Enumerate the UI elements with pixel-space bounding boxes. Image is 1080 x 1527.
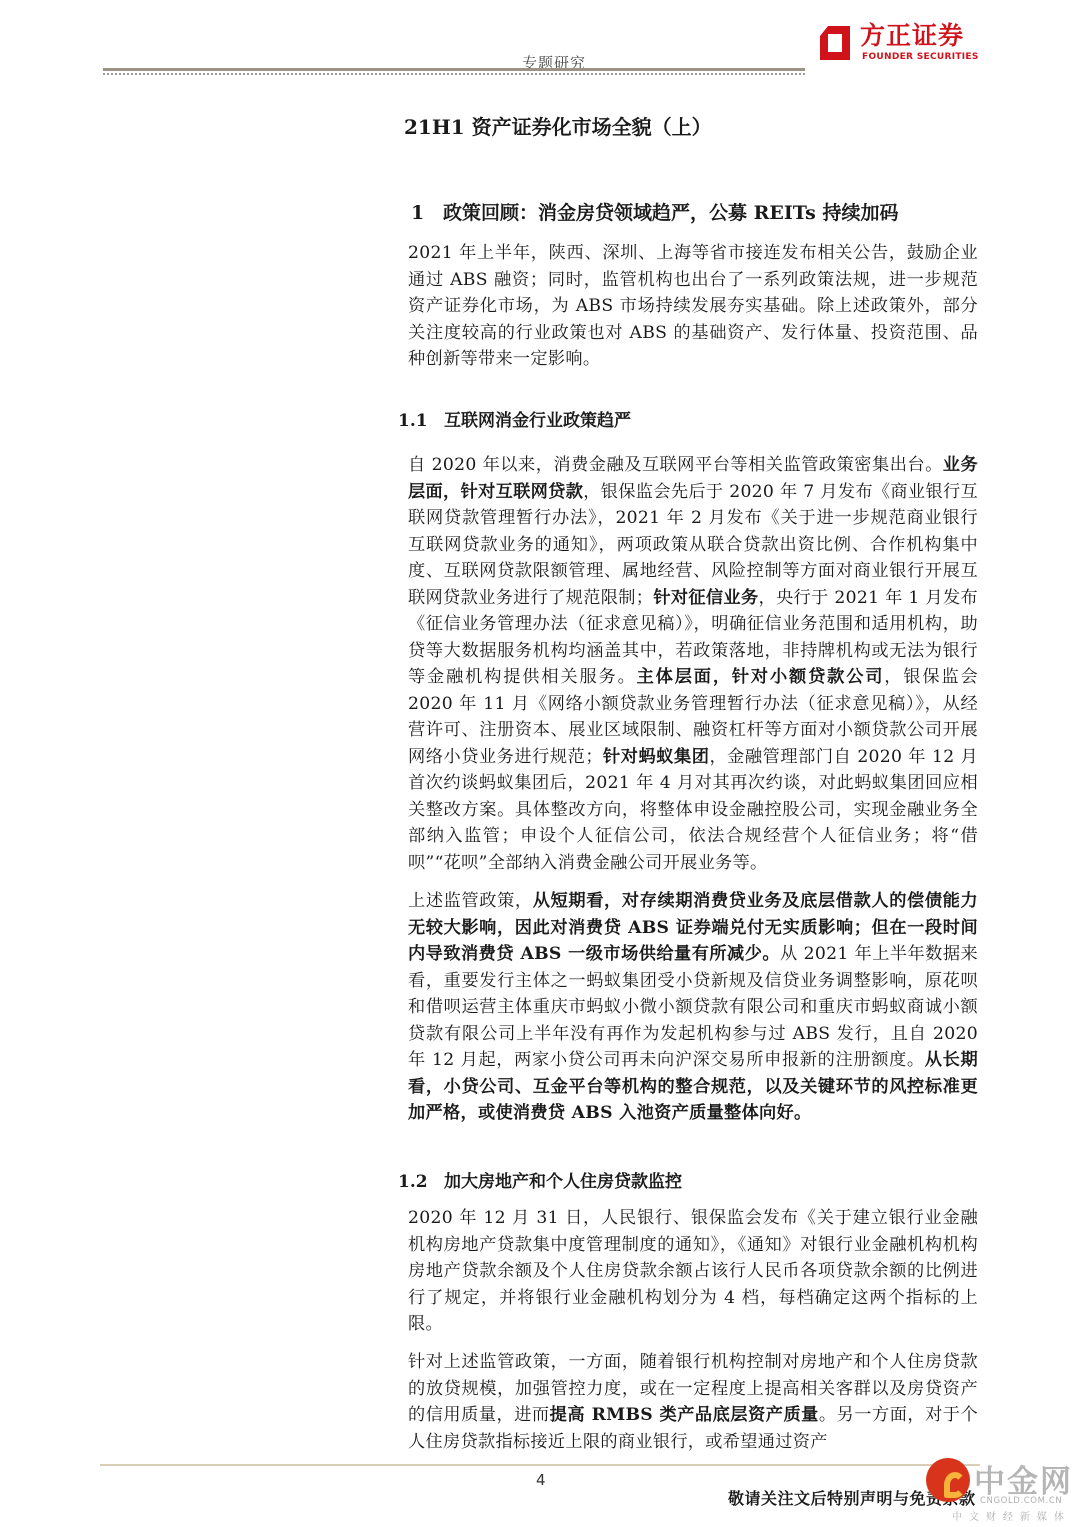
section-number: 1.2 [398, 1172, 444, 1192]
section-title: 加大房地产和个人住房贷款监控 [444, 1172, 682, 1192]
section-number: 1.1 [398, 411, 444, 431]
section-1-2-paragraph-2: 针对上述监管政策，一方面，随着银行机构控制对房地产和个人住房贷款的放贷规模，加强… [408, 1349, 978, 1455]
text-run: 上述监管政策， [408, 891, 533, 911]
section-number: 1 [411, 202, 443, 224]
section-title: 互联网消金行业政策趋严 [444, 411, 631, 431]
section-title: 政策回顾：消金房贷领域趋严，公募 REITs 持续加码 [443, 202, 898, 224]
section-1-1-paragraph-2: 上述监管政策，从短期看，对存续期消费贷业务及底层借款人的偿债能力无较大影响，因此… [408, 888, 978, 1127]
section-1-intro-paragraph: 2021 年上半年，陕西、深圳、上海等省市接连发布相关公告，鼓励企业通过 ABS… [408, 240, 978, 373]
text-run: 自 2020 年以来，消费金融及互联网平台等相关监管政策密集出台。 [408, 455, 943, 475]
cngold-watermark: 中金网 CNGOLD.COM.CN 中文财经新媒体 [918, 1452, 1080, 1527]
founder-logo-icon [818, 24, 852, 62]
watermark-en: CNGOLD.COM.CN [980, 1496, 1062, 1506]
header-dotted-divider [103, 73, 805, 75]
bold-text-run: 针对征信业务 [653, 588, 758, 608]
header-divider [103, 68, 805, 71]
swirl-icon [944, 1472, 966, 1498]
bold-text-run: 提高 RMBS 类产品底层资产质量 [550, 1405, 819, 1425]
document-title: 21H1 资产证券化市场全貌（上） [404, 111, 712, 140]
logo-text-cn: 方正证券 [860, 22, 964, 50]
watermark-cn: 中金网 [974, 1456, 1073, 1501]
page-number: 4 [536, 1471, 546, 1489]
watermark-subtitle: 中文财经新媒体 [952, 1508, 1071, 1523]
section-1-1-paragraph-1: 自 2020 年以来，消费金融及互联网平台等相关监管政策密集出台。业务层面，针对… [408, 452, 978, 876]
bold-text-run: 主体层面，针对小额贷款公司 [637, 667, 885, 687]
section-1-2-heading: 1.2加大房地产和个人住房贷款监控 [398, 1167, 682, 1192]
cngold-logo-icon [926, 1458, 970, 1502]
section-1-1-heading: 1.1互联网消金行业政策趋严 [398, 406, 631, 431]
section-1-heading: 1政策回顾：消金房贷领域趋严，公募 REITs 持续加码 [411, 198, 898, 225]
footer-divider [100, 1464, 980, 1466]
bold-text-run: 针对蚂蚁集团 [603, 747, 710, 767]
logo-text-en: FOUNDER SECURITIES [862, 52, 979, 62]
section-1-2-paragraph-1: 2020 年 12 月 31 日，人民银行、银保监会发布《关于建立银行业金融机构… [408, 1205, 978, 1338]
founder-securities-logo: 方正证券 FOUNDER SECURITIES [818, 22, 988, 66]
